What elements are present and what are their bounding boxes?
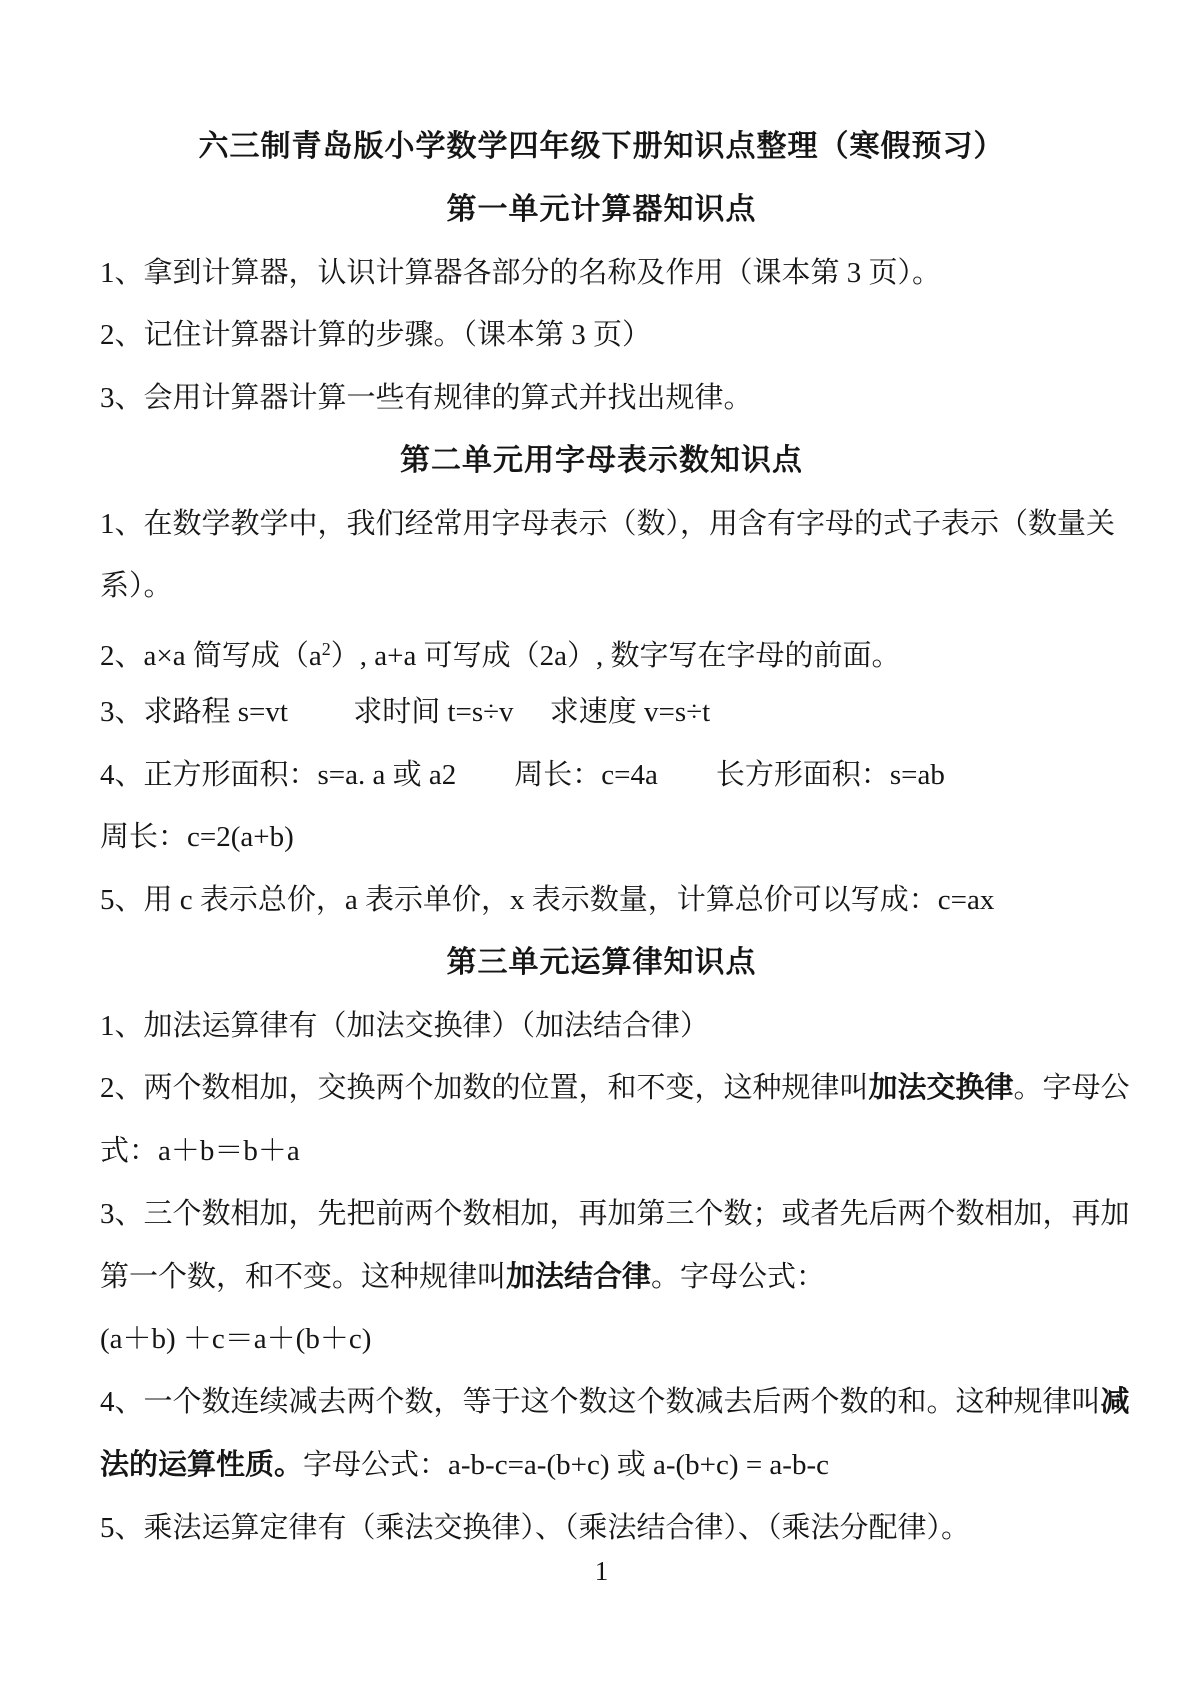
document-page: 六三制青岛版小学数学四年级下册知识点整理（寒假预习） 第一单元计算器知识点1、拿… (0, 0, 1191, 1684)
text-run: 1、拿到计算器，认识计算器各部分的名称及作用（课本第 3 页）。 (100, 257, 941, 289)
text-line: 1、加法运算律有（加法交换律）（加法结合律） (100, 995, 1103, 1058)
text-run: 4、一个数连续减去两个数，等于这个数这个数减去后两个数的和。这种规律叫 (100, 1386, 1101, 1418)
text-run: (a＋b) ＋c＝a＋(b＋c) (100, 1323, 371, 1355)
section-heading: 第二单元用字母表示数知识点 (100, 430, 1103, 493)
text-run: 5、用 c 表示总价，a 表示单价，x 表示数量，计算总价可以写成：c=ax (100, 884, 994, 916)
text-line: 2、a×a 简写成（a2）, a+a 可写成（2a）, 数字写在字母的前面。 (100, 618, 1103, 681)
text-run: 系）。 (100, 570, 173, 602)
superscript-run: 2 (322, 639, 331, 659)
text-run: 式：a＋b＝b＋a (100, 1135, 300, 1167)
text-run: 2、记住计算器计算的步骤。（课本第 3 页） (100, 319, 651, 351)
text-line: (a＋b) ＋c＝a＋(b＋c) (100, 1308, 1103, 1371)
text-run: 字母公式：a-b-c=a-(b+c) 或 a-(b+c) = a-b-c (303, 1449, 829, 1481)
text-line: 2、记住计算器计算的步骤。（课本第 3 页） (100, 304, 1103, 367)
section-heading: 第三单元运算律知识点 (100, 932, 1103, 995)
text-run: 第一个数，和不变。这种规律叫 (100, 1261, 506, 1293)
text-run: 加法交换律 (869, 1072, 1014, 1104)
text-run: 法的运算性质。 (100, 1449, 303, 1481)
text-line: 法的运算性质。字母公式：a-b-c=a-(b+c) 或 a-(b+c) = a-… (100, 1434, 1103, 1497)
text-run: 1、加法运算律有（加法交换律）（加法结合律） (100, 1010, 709, 1042)
text-line: 系）。 (100, 555, 1103, 618)
document-body: 第一单元计算器知识点1、拿到计算器，认识计算器各部分的名称及作用（课本第 3 页… (100, 179, 1103, 1560)
text-run: ）, a+a 可写成（2a）, 数字写在字母的前面。 (331, 640, 901, 672)
text-line: 1、拿到计算器，认识计算器各部分的名称及作用（课本第 3 页）。 (100, 242, 1103, 305)
text-line: 4、正方形面积：s=a. a 或 a2 周长：c=4a 长方形面积：s=ab (100, 744, 1103, 807)
text-line: 5、用 c 表示总价，a 表示单价，x 表示数量，计算总价可以写成：c=ax (100, 869, 1103, 932)
text-run: 2、两个数相加，交换两个加数的位置，和不变，这种规律叫 (100, 1072, 869, 1104)
text-run: 2、a×a 简写成（a (100, 640, 322, 672)
document-title: 六三制青岛版小学数学四年级下册知识点整理（寒假预习） (100, 116, 1103, 179)
text-line: 2、两个数相加，交换两个加数的位置，和不变，这种规律叫加法交换律。字母公 (100, 1057, 1103, 1120)
text-run: 3、三个数相加，先把前两个数相加，再加第三个数；或者先后两个数相加，再加 (100, 1198, 1130, 1230)
text-run: 3、求路程 s=vt 求时间 t=s÷v 求速度 v=s÷t (100, 696, 710, 728)
text-line: 第一个数，和不变。这种规律叫加法结合律。字母公式： (100, 1246, 1103, 1309)
text-line: 3、求路程 s=vt 求时间 t=s÷v 求速度 v=s÷t (100, 681, 1103, 744)
text-line: 周长：c=2(a+b) (100, 806, 1103, 869)
text-run: 减 (1101, 1386, 1130, 1418)
text-line: 5、乘法运算定律有（乘法交换律）、（乘法结合律）、（乘法分配律）。 (100, 1497, 1103, 1560)
text-run: 周长：c=2(a+b) (100, 821, 294, 853)
section-heading: 第一单元计算器知识点 (100, 179, 1103, 242)
text-run: 3、会用计算器计算一些有规律的算式并找出规律。 (100, 382, 753, 414)
text-line: 1、在数学教学中，我们经常用字母表示（数），用含有字母的式子表示（数量关 (100, 493, 1103, 556)
text-line: 4、一个数连续减去两个数，等于这个数这个数减去后两个数的和。这种规律叫减 (100, 1371, 1103, 1434)
page-number: 1 (100, 1559, 1103, 1599)
text-line: 3、会用计算器计算一些有规律的算式并找出规律。 (100, 367, 1103, 430)
text-run: 5、乘法运算定律有（乘法交换律）、（乘法结合律）、（乘法分配律）。 (100, 1512, 970, 1544)
text-run: 1、在数学教学中，我们经常用字母表示（数），用含有字母的式子表示（数量关 (100, 508, 1115, 540)
text-line: 式：a＋b＝b＋a (100, 1120, 1103, 1183)
text-run: 加法结合律 (506, 1261, 651, 1293)
text-line: 3、三个数相加，先把前两个数相加，再加第三个数；或者先后两个数相加，再加 (100, 1183, 1103, 1246)
text-run: 。字母公式： (651, 1261, 825, 1293)
text-run: 。字母公 (1014, 1072, 1130, 1104)
text-run: 4、正方形面积：s=a. a 或 a2 周长：c=4a 长方形面积：s=ab (100, 759, 945, 791)
